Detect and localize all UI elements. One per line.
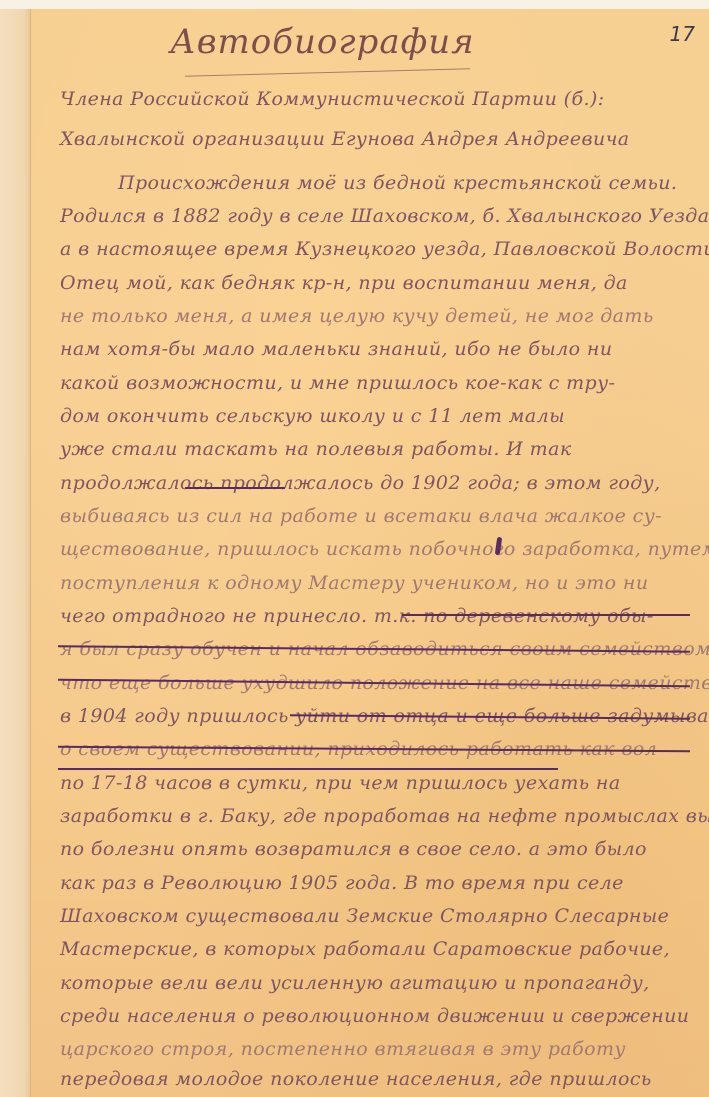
body-line-9: уже стали таскать на полевыя работы. И т…: [60, 438, 572, 460]
strike-line-14: [402, 614, 690, 616]
body-line-1: Происхождения моё из бедной крестьянской…: [118, 172, 677, 194]
body-line-22: как раз в Революцию 1905 года. В то врем…: [60, 872, 624, 894]
body-line-5: не только меня, а имея целую кучу детей,…: [60, 305, 654, 327]
body-line-7: какой возможности, и мне пришлось кое-ка…: [60, 372, 615, 394]
body-line-8: дом окончить сельскую школу и с 11 лет м…: [60, 405, 565, 427]
header-line-2: Хвалынской организации Егунова Андрея Ан…: [60, 128, 630, 150]
left-margin-strip: [0, 9, 31, 1097]
body-line-23: Шаховском существовали Земские Столярно …: [60, 905, 669, 927]
scan-top-edge: [0, 0, 709, 9]
document-title: Автобиография: [170, 22, 475, 62]
page-number: 17: [670, 22, 695, 46]
body-line-27: царского строя, постепенно втягивая в эт…: [60, 1038, 626, 1060]
body-line-2: Родился в 1882 году в селе Шаховском, б.…: [60, 205, 709, 227]
body-line-12: ществование, пришлось искать побочного з…: [60, 538, 709, 560]
body-line-20: заработки в г. Баку, где проработав на н…: [60, 805, 709, 827]
body-line-19: по 17-18 часов в сутки, при чем пришлось…: [60, 772, 621, 794]
body-line-10-text: продолжалось продолжалось до 1902 года; …: [60, 472, 661, 494]
strike-line-19: [58, 768, 558, 770]
body-line-4: Отец мой, как бедняк кр-н, при воспитани…: [60, 272, 628, 294]
body-line-14: чего отрадного не принесло. т.к. по дере…: [60, 605, 654, 627]
header-line-1: Члена Российской Коммунистической Партии…: [60, 88, 605, 110]
body-line-10: продолжалось продолжалось до 1902 года; …: [60, 472, 661, 494]
body-line-6: нам хотя-бы мало маленьки знаний, ибо не…: [60, 338, 612, 360]
body-line-26: среди населения о революционном движении…: [60, 1005, 689, 1027]
body-line-25: которые вели вели усиленную агитацию и п…: [60, 972, 650, 994]
strike-line-10: [185, 485, 285, 489]
body-line-24: Мастерские, в которых работали Саратовск…: [60, 938, 670, 960]
body-line-28: передовая молодое поколение населения, г…: [60, 1068, 652, 1090]
body-line-3: а в настоящее время Кузнецкого уезда, Па…: [60, 238, 709, 260]
body-line-11: выбиваясь из сил на работе и всетаки вла…: [60, 505, 662, 527]
body-line-13: поступления к одному Мастеру учеником, н…: [60, 572, 648, 594]
body-line-21: по болезни опять возвратился в свое село…: [60, 838, 647, 860]
